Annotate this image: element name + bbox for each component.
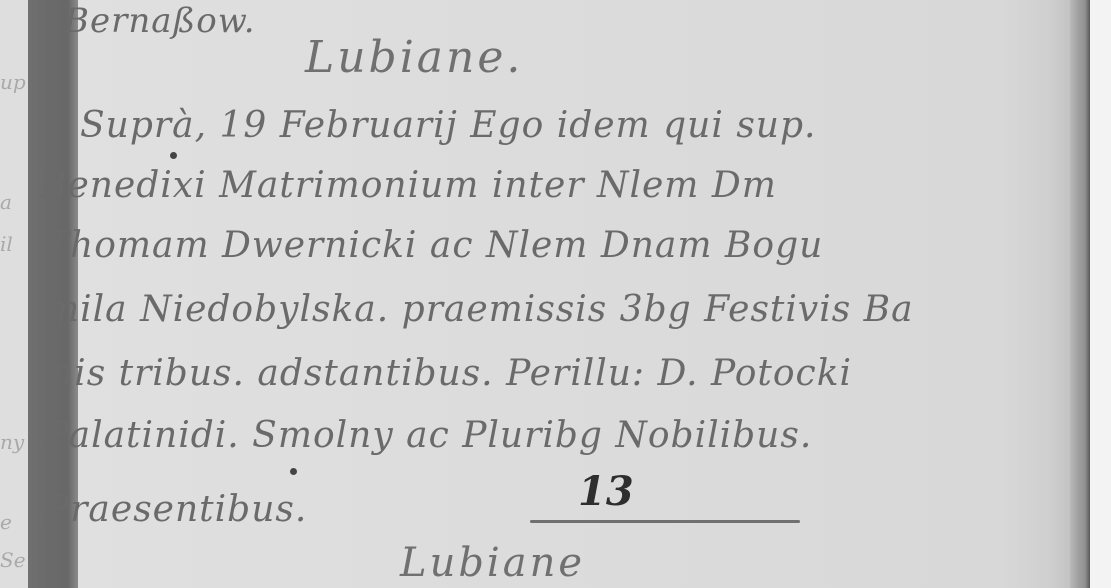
page-right-edge (1070, 0, 1092, 588)
margin-ghost-text: up (0, 70, 30, 94)
ink-dot (170, 152, 177, 159)
entry-separator-rule (530, 520, 800, 523)
entry-line: Praesentibus. (45, 492, 307, 528)
margin-ghost-text: il (0, 232, 30, 256)
entry-number: 13 (578, 468, 634, 515)
margin-ghost-text: e (0, 510, 30, 534)
entry-line: Benedixi Matrimonium inter Nlem Dm (40, 168, 777, 204)
margin-ghost-text: a (0, 190, 30, 214)
entry-line: Palatinidi. Smolny ac Pluribg Nobilibus. (45, 418, 812, 454)
next-entry-heading: Lubiane (400, 540, 585, 586)
entry-line: Suprà, 19 Februarij Ego idem qui sup. (80, 108, 816, 144)
previous-entry-tail: Bernaßow. (64, 4, 256, 38)
margin-ghost-text: Se (0, 548, 30, 572)
entry-heading: Lubiane. (305, 32, 523, 83)
margin-ghost-text: ny (0, 430, 30, 454)
entry-line: Thomam Dwernicki ac Nlem Dnam Bogu (45, 228, 823, 264)
entry-line: nis tribus. adstantibus. Perillu: D. Pot… (50, 356, 852, 392)
ink-dot (290, 468, 297, 475)
scanned-register-page: up a il ny e Se Bernaßow. Lubiane. Suprà… (0, 0, 1111, 588)
entry-line: mila Niedobylska. praemissis 3bg Festivi… (45, 292, 914, 328)
scan-background (1090, 0, 1111, 588)
